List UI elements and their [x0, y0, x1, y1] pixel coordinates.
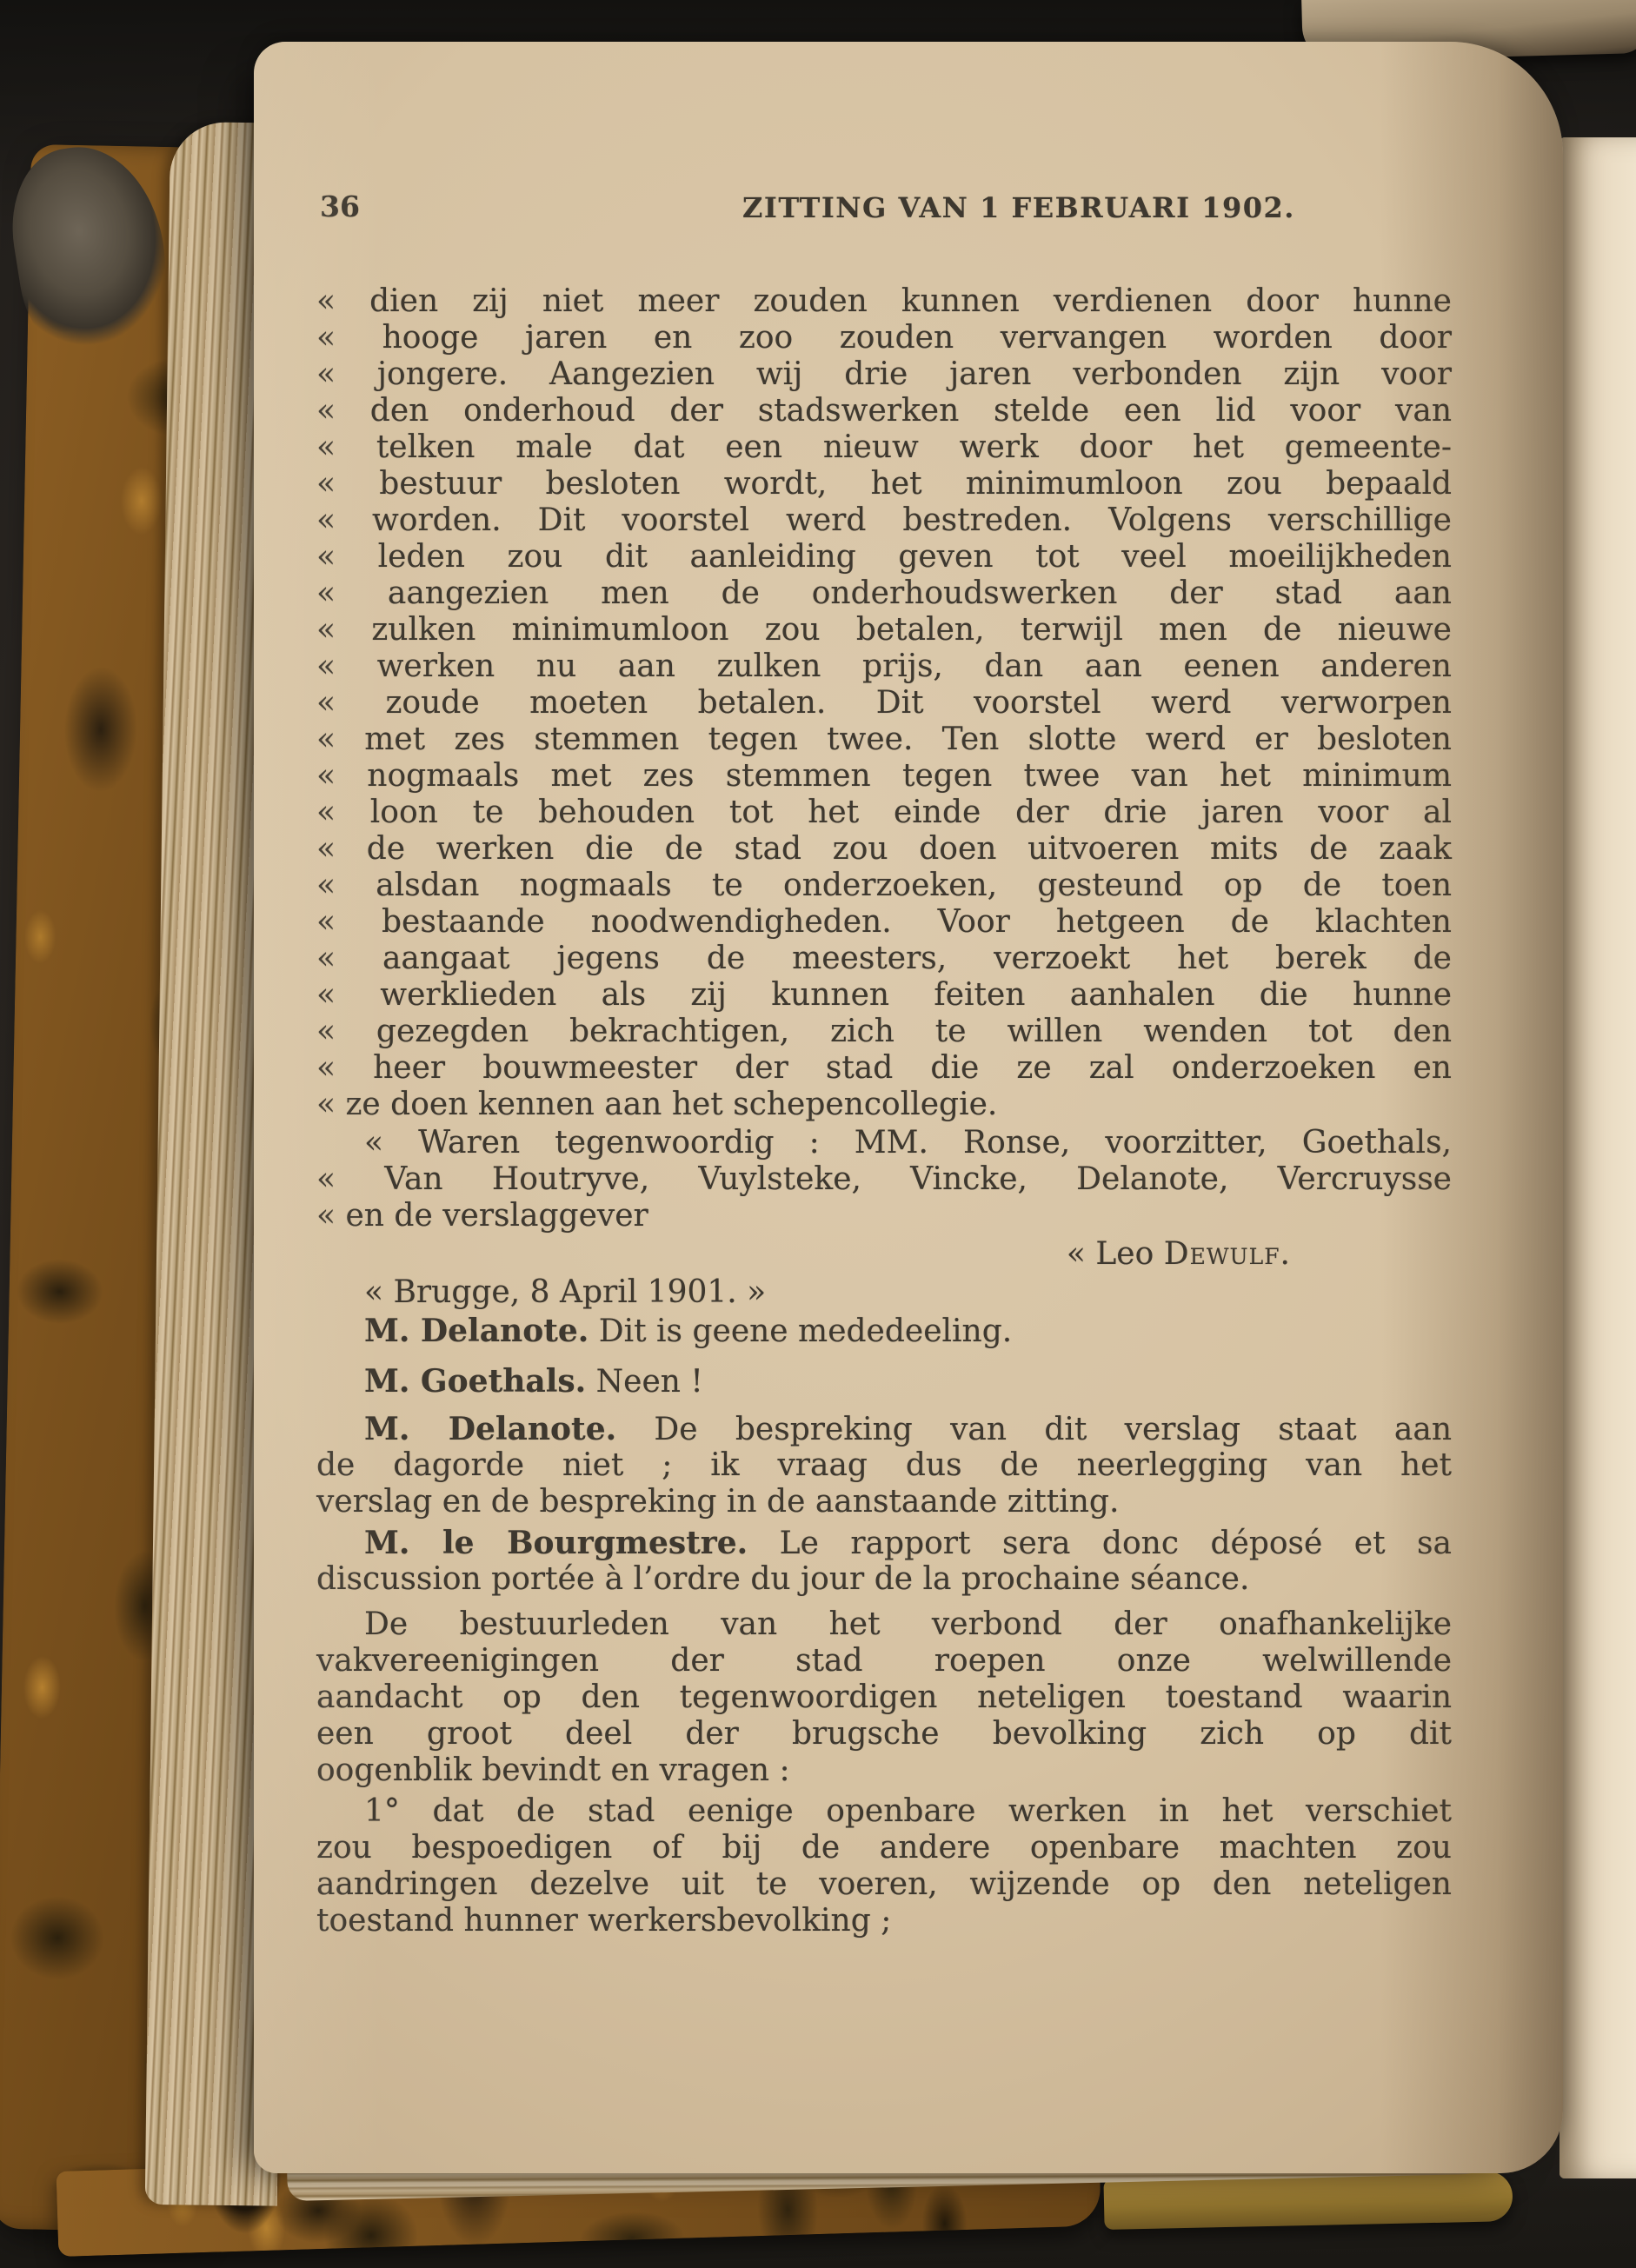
- speaker-name: M. le Bourgmestre.: [364, 1525, 748, 1561]
- speech-delanote-1: M. Delanote. Dit is geene mededeeling.: [316, 1313, 1452, 1349]
- quote-line: « alsdan nogmaals te onderzoeken, gesteu…: [316, 868, 1452, 904]
- attendance-block: « Waren tegenwoordig : MM. Ronse, voorzi…: [316, 1125, 1452, 1234]
- paragraph-line: toestand hunner werkersbevolking ;: [316, 1903, 1452, 1939]
- signature-prefix: « Leo: [1067, 1236, 1164, 1272]
- book-page: 36 ZITTING VAN 1 FEBRUARI 1902. « dien z…: [254, 42, 1563, 2173]
- quote-line: « heer bouwmeester der stad die ze zal o…: [316, 1050, 1452, 1087]
- speech-line: verslag en de bespreking in de aanstaand…: [316, 1484, 1452, 1520]
- speaker-name: M. Delanote.: [364, 1313, 589, 1349]
- quote-line: « hooge jaren en zoo zouden vervangen wo…: [316, 320, 1452, 356]
- attendance-line: « en de verslaggever: [316, 1198, 1452, 1234]
- quote-line: « zulken minimumloon zou betalen, terwij…: [316, 612, 1452, 648]
- quote-line: « werklieden als zij kunnen feiten aanha…: [316, 977, 1452, 1014]
- speech-text: Dit is geene mededeeling.: [599, 1314, 1012, 1349]
- quote-line: « de werken die de stad zou doen uitvoer…: [316, 831, 1452, 868]
- paragraph-line: vakvereenigingen der stad roepen onze we…: [316, 1643, 1452, 1679]
- signature-name: Dewulf.: [1164, 1236, 1291, 1272]
- attendance-line: « Waren tegenwoordig : MM. Ronse, voorzi…: [316, 1125, 1452, 1161]
- paragraph-line: oogenblik bevindt en vragen :: [316, 1753, 1452, 1789]
- quote-line: « bestuur besloten wordt, het minimumloo…: [316, 466, 1452, 502]
- speech-text: De bespreking van dit verslag staat aan: [654, 1412, 1452, 1447]
- quote-line: « aangezien men de onderhoudswerken der …: [316, 575, 1452, 612]
- speech-delanote-2: M. Delanote. De bespreking van dit versl…: [316, 1411, 1452, 1520]
- paragraph-line: aandringen dezelve uit te voeren, wijzen…: [316, 1866, 1452, 1903]
- paragraph-line: een groot deel der brugsche bevolking zi…: [316, 1716, 1452, 1753]
- quote-line: « ze doen kennen aan het schepencollegie…: [316, 1087, 1452, 1123]
- quote-line: « loon te behouden tot het einde der dri…: [316, 795, 1452, 831]
- quote-line: « zoude moeten betalen. Dit voorstel wer…: [316, 685, 1452, 722]
- speaker-name: M. Goethals.: [364, 1363, 586, 1400]
- paragraph-line: aandacht op den tegenwoordigen neteligen…: [316, 1679, 1452, 1716]
- quote-line: « met zes stemmen tegen twee. Ten slotte…: [316, 722, 1452, 758]
- speech-line: discussion portée à l’ordre du jour de l…: [316, 1561, 1452, 1598]
- speech-goethals: M. Goethals. Neen !: [316, 1363, 1452, 1400]
- paragraph-line: 1° dat de stad eenige openbare werken in…: [316, 1793, 1452, 1830]
- speaker-name: M. Delanote.: [364, 1411, 616, 1447]
- quote-line: « bestaande noodwendigheden. Voor hetgee…: [316, 904, 1452, 941]
- attendance-line: « Van Houtryve, Vuylsteke, Vincke, Delan…: [316, 1161, 1452, 1198]
- quote-line: « dien zij niet meer zouden kunnen verdi…: [316, 283, 1452, 320]
- speech-line: M. Goethals. Neen !: [316, 1363, 1452, 1400]
- quote-line: « worden. Dit voorstel werd bestreden. V…: [316, 502, 1452, 539]
- quote-line: « aangaat jegens de meesters, verzoekt h…: [316, 941, 1452, 977]
- speech-line: M. Delanote. De bespreking van dit versl…: [316, 1411, 1452, 1447]
- text-column: 36 ZITTING VAN 1 FEBRUARI 1902. « dien z…: [316, 190, 1452, 1939]
- facing-page-edge: [1560, 137, 1636, 2178]
- page-number: 36: [320, 190, 360, 223]
- quote-line: « leden zou dit aanleiding geven tot vee…: [316, 539, 1452, 575]
- running-header-title: ZITTING VAN 1 FEBRUARI 1902.: [742, 191, 1295, 224]
- speech-line: M. le Bourgmestre. Le rapport sera donc …: [316, 1525, 1452, 1561]
- paragraph-request-1: 1° dat de stad eenige openbare werken in…: [316, 1793, 1452, 1939]
- paragraph-line: De bestuurleden van het verbond der onaf…: [316, 1606, 1452, 1643]
- date-line: « Brugge, 8 April 1901. »: [316, 1274, 1452, 1311]
- quote-line: « gezegden bekrachtigen, zich te willen …: [316, 1014, 1452, 1050]
- speech-bourgmestre: M. le Bourgmestre. Le rapport sera donc …: [316, 1525, 1452, 1598]
- quote-line: « telken male dat een nieuw werk door he…: [316, 429, 1452, 466]
- speech-line: de dagorde niet ; ik vraag dus de neerle…: [316, 1447, 1452, 1484]
- book-photo-scene: 36 ZITTING VAN 1 FEBRUARI 1902. « dien z…: [0, 0, 1636, 2268]
- paragraph-bestuurleden: De bestuurleden van het verbond der onaf…: [316, 1606, 1452, 1789]
- signature-line: « Leo Dewulf.: [316, 1236, 1452, 1273]
- quoted-report-block: « dien zij niet meer zouden kunnen verdi…: [316, 283, 1452, 1123]
- quote-line: « jongere. Aangezien wij drie jaren verb…: [316, 356, 1452, 393]
- speech-line: M. Delanote. Dit is geene mededeeling.: [316, 1313, 1452, 1349]
- paragraph-line: zou bespoedigen of bij de andere openbar…: [316, 1830, 1452, 1866]
- speech-text: Neen !: [596, 1364, 703, 1400]
- quote-line: « nogmaals met zes stemmen tegen twee va…: [316, 758, 1452, 795]
- speech-text: Le rapport sera donc déposé et sa: [780, 1526, 1452, 1561]
- quote-line: « den onderhoud der stadswerken stelde e…: [316, 393, 1452, 429]
- page-header: 36 ZITTING VAN 1 FEBRUARI 1902.: [316, 190, 1452, 228]
- quote-line: « werken nu aan zulken prijs, dan aan ee…: [316, 648, 1452, 685]
